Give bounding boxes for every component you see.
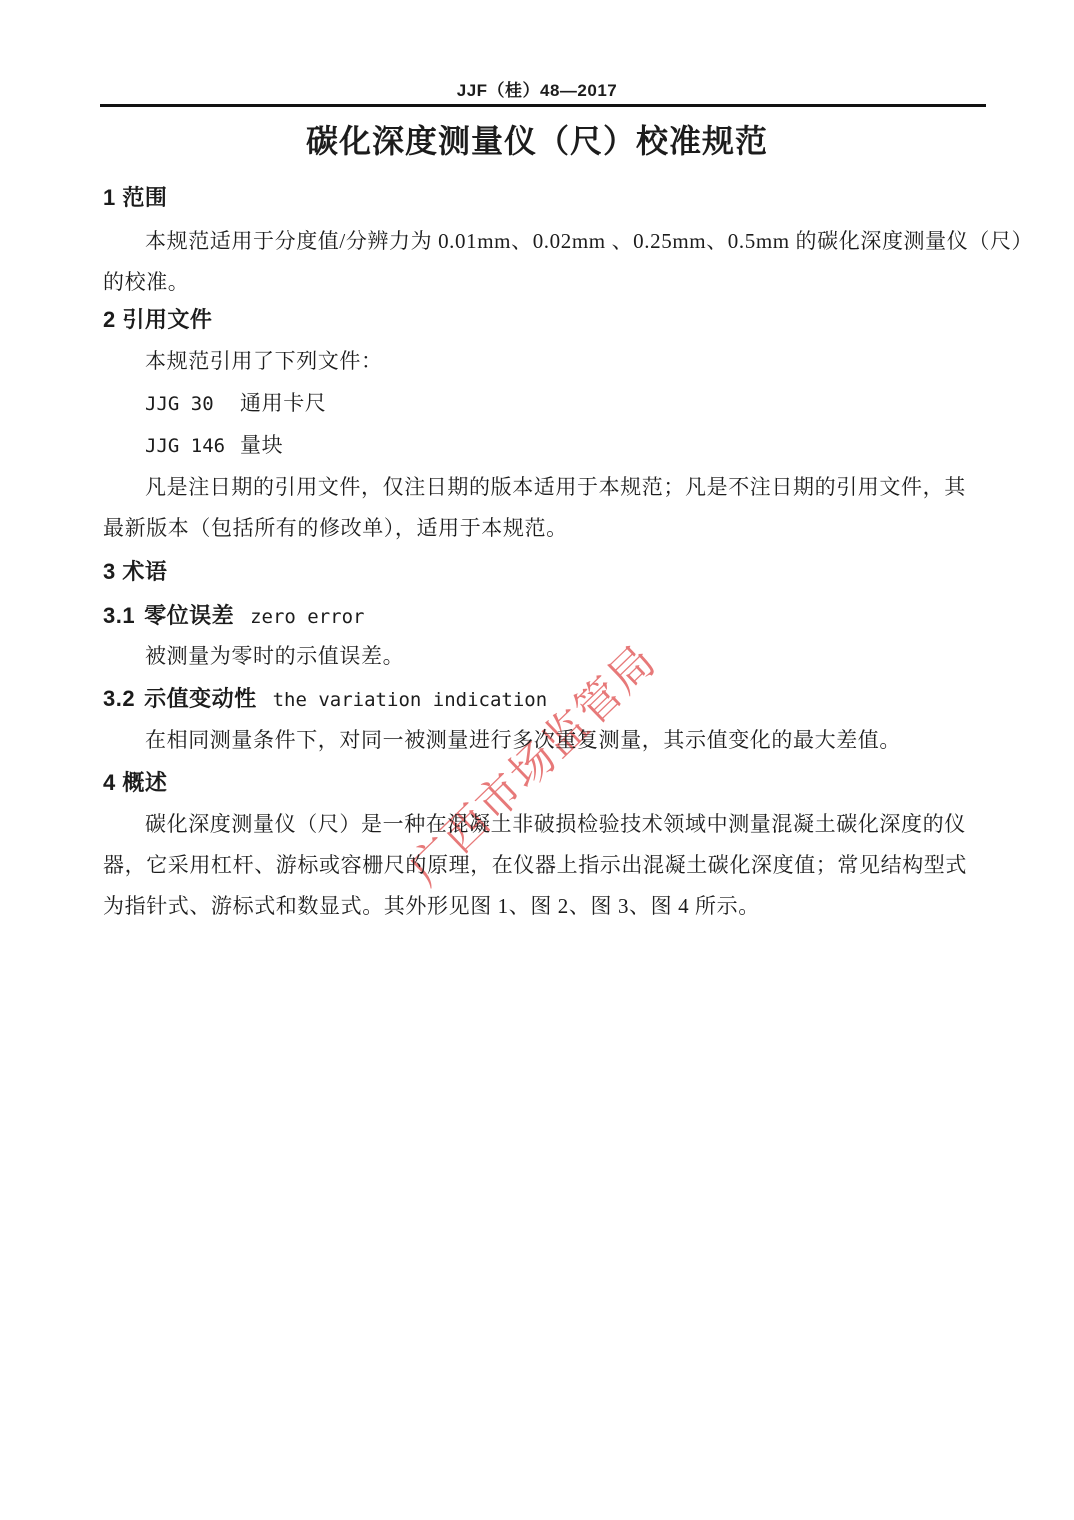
section-2-intro: 本规范引用了下列文件： [145,345,383,375]
reference-1-title: 通用卡尺 [240,391,326,415]
document-page: 广西市场监管局 JJF（桂）48—2017 碳化深度测量仪（尺）校准规范 1 范… [0,0,1074,1520]
reference-item-2: JJG 146量块 [145,429,283,459]
section-1-heading: 1 范围 [103,181,167,212]
header-rule [100,104,986,107]
term-3-2-en: the variation indication [273,689,548,711]
reference-2-code: JJG 146 [145,435,240,457]
term-3-2-number: 3.2 [103,686,135,711]
term-3-1-en: zero error [250,606,364,628]
term-3-1-line: 3.1零位误差zero error [103,599,365,630]
term-3-2-definition: 在相同测量条件下，对同一被测量进行多次重复测量，其示值变化的最大差值。 [145,724,901,754]
section-2-note-line-2: 最新版本（包括所有的修改单），适用于本规范。 [103,512,568,542]
section-4-body-line-2: 器，它采用杠杆、游标或容栅尺的原理，在仪器上指示出混凝土碳化深度值；常见结构型式 [103,849,967,879]
section-1-body-line-1: 本规范适用于分度值/分辨力为 0.01mm、0.02mm 、0.25mm、0.5… [145,225,1033,255]
term-3-1-definition: 被测量为零时的示值误差。 [145,640,404,670]
header-doc-number: JJF（桂）48—2017 [0,76,1074,101]
reference-1-code: JJG 30 [145,393,240,415]
reference-2-title: 量块 [240,433,283,457]
section-2-heading: 2 引用文件 [103,303,212,334]
term-3-2-line: 3.2示值变动性the variation indication [103,682,547,713]
section-2-note-line-1: 凡是注日期的引用文件，仅注日期的版本适用于本规范；凡是不注日期的引用文件，其 [145,471,966,501]
section-4-body-line-1: 碳化深度测量仪（尺）是一种在混凝土非破损检验技术领域中测量混凝土碳化深度的仪 [145,808,966,838]
term-3-1-zh: 零位误差 [144,603,234,628]
section-4-body-line-3: 为指针式、游标式和数显式。其外形见图 1、图 2、图 3、图 4 所示。 [103,890,760,920]
reference-item-1: JJG 30通用卡尺 [145,387,326,417]
term-3-2-zh: 示值变动性 [144,686,257,711]
section-4-heading: 4 概述 [103,766,167,797]
page-title: 碳化深度测量仪（尺）校准规范 [0,116,1074,162]
term-3-1-number: 3.1 [103,603,135,628]
section-3-heading: 3 术语 [103,555,167,586]
section-1-body-line-2: 的校准。 [103,266,189,296]
